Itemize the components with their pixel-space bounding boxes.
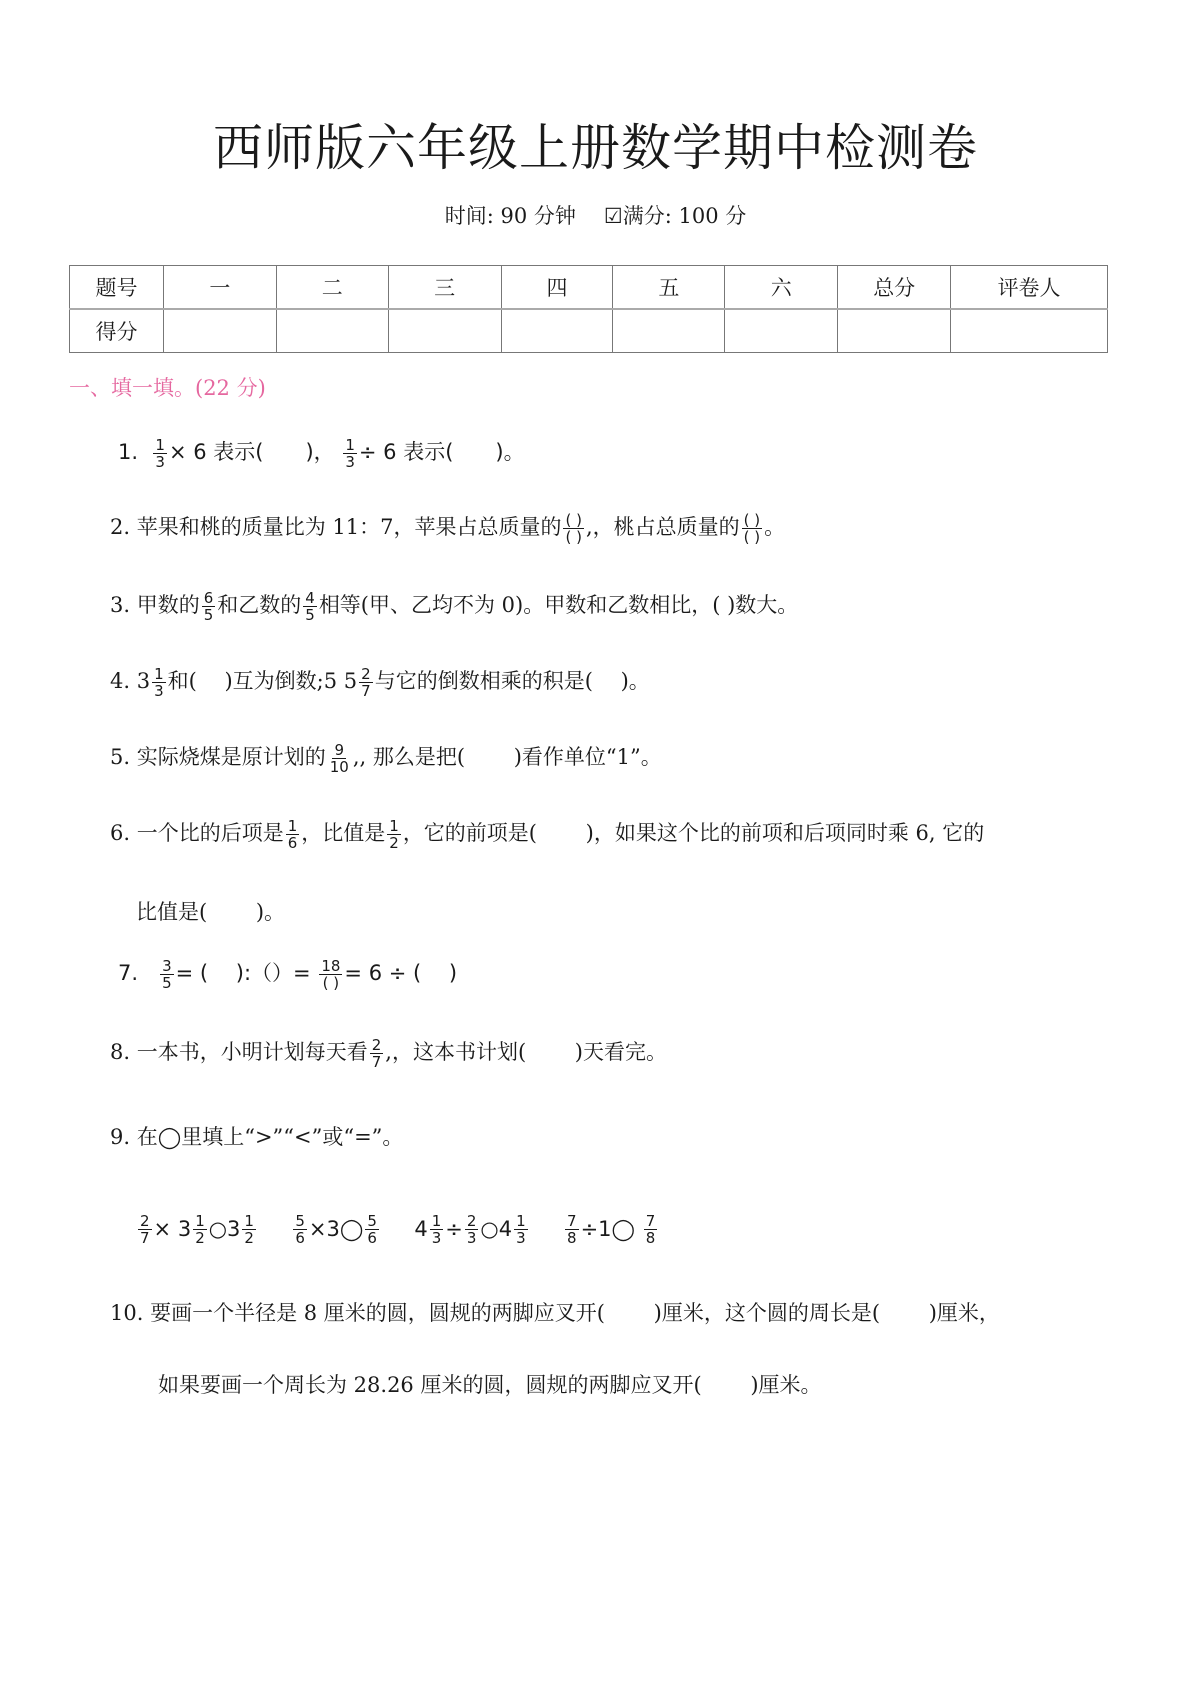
fraction: 27: [359, 666, 373, 699]
fraction: 35: [160, 958, 174, 991]
table-cell: 评卷人: [951, 266, 1108, 310]
score-table-header-row: 题号 一 二 三 四 五 六 总分 评卷人: [70, 266, 1108, 310]
fraction: 13: [152, 666, 166, 699]
score-cell: [613, 309, 725, 353]
table-cell: 二: [276, 266, 388, 310]
fraction: ( )( ): [742, 512, 762, 545]
comparison-item: 78÷1◯ 78: [563, 1217, 659, 1241]
table-cell: 三: [388, 266, 501, 310]
question-3: 3. 甲数的65和乙数的45相等(甲、乙均不为 0)。甲数和乙数相比，( )数大…: [110, 589, 798, 623]
question-4: 4. 313和( )互为倒数;5 527与它的倒数相乘的积是( )。: [110, 665, 650, 699]
question-9: 9. 在◯里填上“>”“<”或“=”。: [110, 1121, 403, 1151]
question-number: 7.: [118, 961, 138, 985]
comparison-item: 413÷23○413: [414, 1217, 536, 1241]
fraction: ( )( ): [563, 512, 583, 545]
fraction: 12: [387, 818, 401, 851]
question-6-continued: 比值是( )。: [136, 896, 285, 926]
fraction: 45: [303, 590, 317, 623]
score-cell: [276, 309, 388, 353]
fraction: 13: [153, 437, 167, 470]
question-10: 10. 要画一个半径是 8 厘米的圆，圆规的两脚应叉开( )厘米，这个圆的周长是…: [110, 1297, 1000, 1327]
comparison-item: 56×3◯56: [291, 1217, 387, 1241]
question-2: 2. 苹果和桃的质量比为 11：7，苹果占总质量的( )( ),，桃占总质量的(…: [110, 511, 785, 545]
full-score-label: 满分: 100 分: [623, 204, 747, 228]
question-10-continued: 如果要画一个周长为 28.26 厘米的圆，圆规的两脚应叉开( )厘米。: [158, 1369, 822, 1399]
table-cell: 得分: [70, 309, 164, 353]
table-cell: 一: [163, 266, 276, 310]
fraction: 13: [343, 437, 357, 470]
score-table-score-row: 得分: [70, 309, 1108, 353]
score-cell: [163, 309, 276, 353]
fraction: 65: [202, 590, 216, 623]
fraction: 16: [286, 818, 300, 851]
page-title: 西师版六年级上册数学期中检测卷: [0, 108, 1191, 180]
comparison-item: 27× 312○312: [136, 1217, 265, 1241]
question-8: 8. 一本书，小明计划每天看27,，这本书计划( )天看完。: [110, 1036, 667, 1070]
table-cell: 四: [501, 266, 613, 310]
question-7: 7. 35= ( ):（）= 18( )= 6 ÷ ( ): [118, 957, 457, 991]
checkbox-icon: ☑: [604, 204, 623, 228]
question-number: 1.: [118, 440, 138, 464]
question-1: 1. 13× 6 表示( )， 13÷ 6 表示( )。: [118, 436, 525, 470]
table-cell: 五: [613, 266, 725, 310]
exam-info: 时间: 90 分钟☑满分: 100 分: [0, 200, 1191, 230]
fraction: 910: [328, 742, 351, 775]
score-cell: [388, 309, 501, 353]
table-cell: 题号: [70, 266, 164, 310]
time-label: 时间: 90 分钟: [445, 204, 576, 228]
table-cell: 六: [725, 266, 838, 310]
score-cell: [838, 309, 951, 353]
comparison-row: 27× 312○312 56×3◯56 413÷23○413 78÷1◯ 78: [136, 1213, 659, 1246]
fraction: 18( ): [319, 958, 342, 991]
score-cell: [725, 309, 838, 353]
question-5: 5. 实际烧煤是原计划的910,, 那么是把( )看作单位“1”。: [110, 741, 662, 775]
score-table: 题号 一 二 三 四 五 六 总分 评卷人 得分: [69, 265, 1108, 353]
score-cell: [501, 309, 613, 353]
table-cell: 总分: [838, 266, 951, 310]
score-cell: [951, 309, 1108, 353]
fraction: 27: [370, 1037, 384, 1070]
question-6: 6. 一个比的后项是16，比值是12，它的前项是( )，如果这个比的前项和后项同…: [110, 817, 984, 851]
section-title: 一、填一填。(22 分): [69, 372, 266, 402]
